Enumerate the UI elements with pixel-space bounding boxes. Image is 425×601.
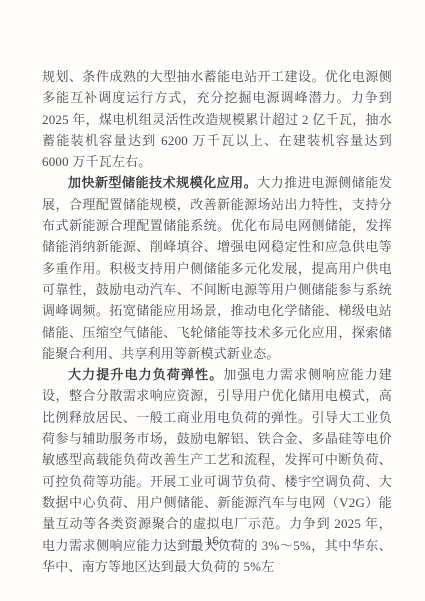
page-body-text: 规划、条件成熟的大型抽水蓄能电站开工建设。优化电源侧多能互补调度运行方式，充分挖… <box>42 66 392 577</box>
paragraph-lead: 大力提升电力负荷弹性。 <box>68 367 223 382</box>
paragraph: 加快新型储能技术规模化应用。大力推进电源侧储能发展，合理配置储能规模，改善新能源… <box>42 172 392 364</box>
paragraph-text: 规划、条件成熟的大型抽水蓄能电站开工建设。优化电源侧多能互补调度运行方式，充分挖… <box>42 69 392 169</box>
page-number: — 16 — <box>188 534 238 548</box>
paragraph-lead: 加快新型储能技术规模化应用。 <box>68 175 257 190</box>
page-footer: — 16 — <box>0 534 425 549</box>
document-page: 规划、条件成熟的大型抽水蓄能电站开工建设。优化电源侧多能互补调度运行方式，充分挖… <box>0 0 425 601</box>
paragraph: 规划、条件成熟的大型抽水蓄能电站开工建设。优化电源侧多能互补调度运行方式，充分挖… <box>42 66 392 172</box>
paragraph-text: 大力推进电源侧储能发展，合理配置储能规模，改善新能源场站出力特性，支持分布式新能… <box>42 175 392 360</box>
